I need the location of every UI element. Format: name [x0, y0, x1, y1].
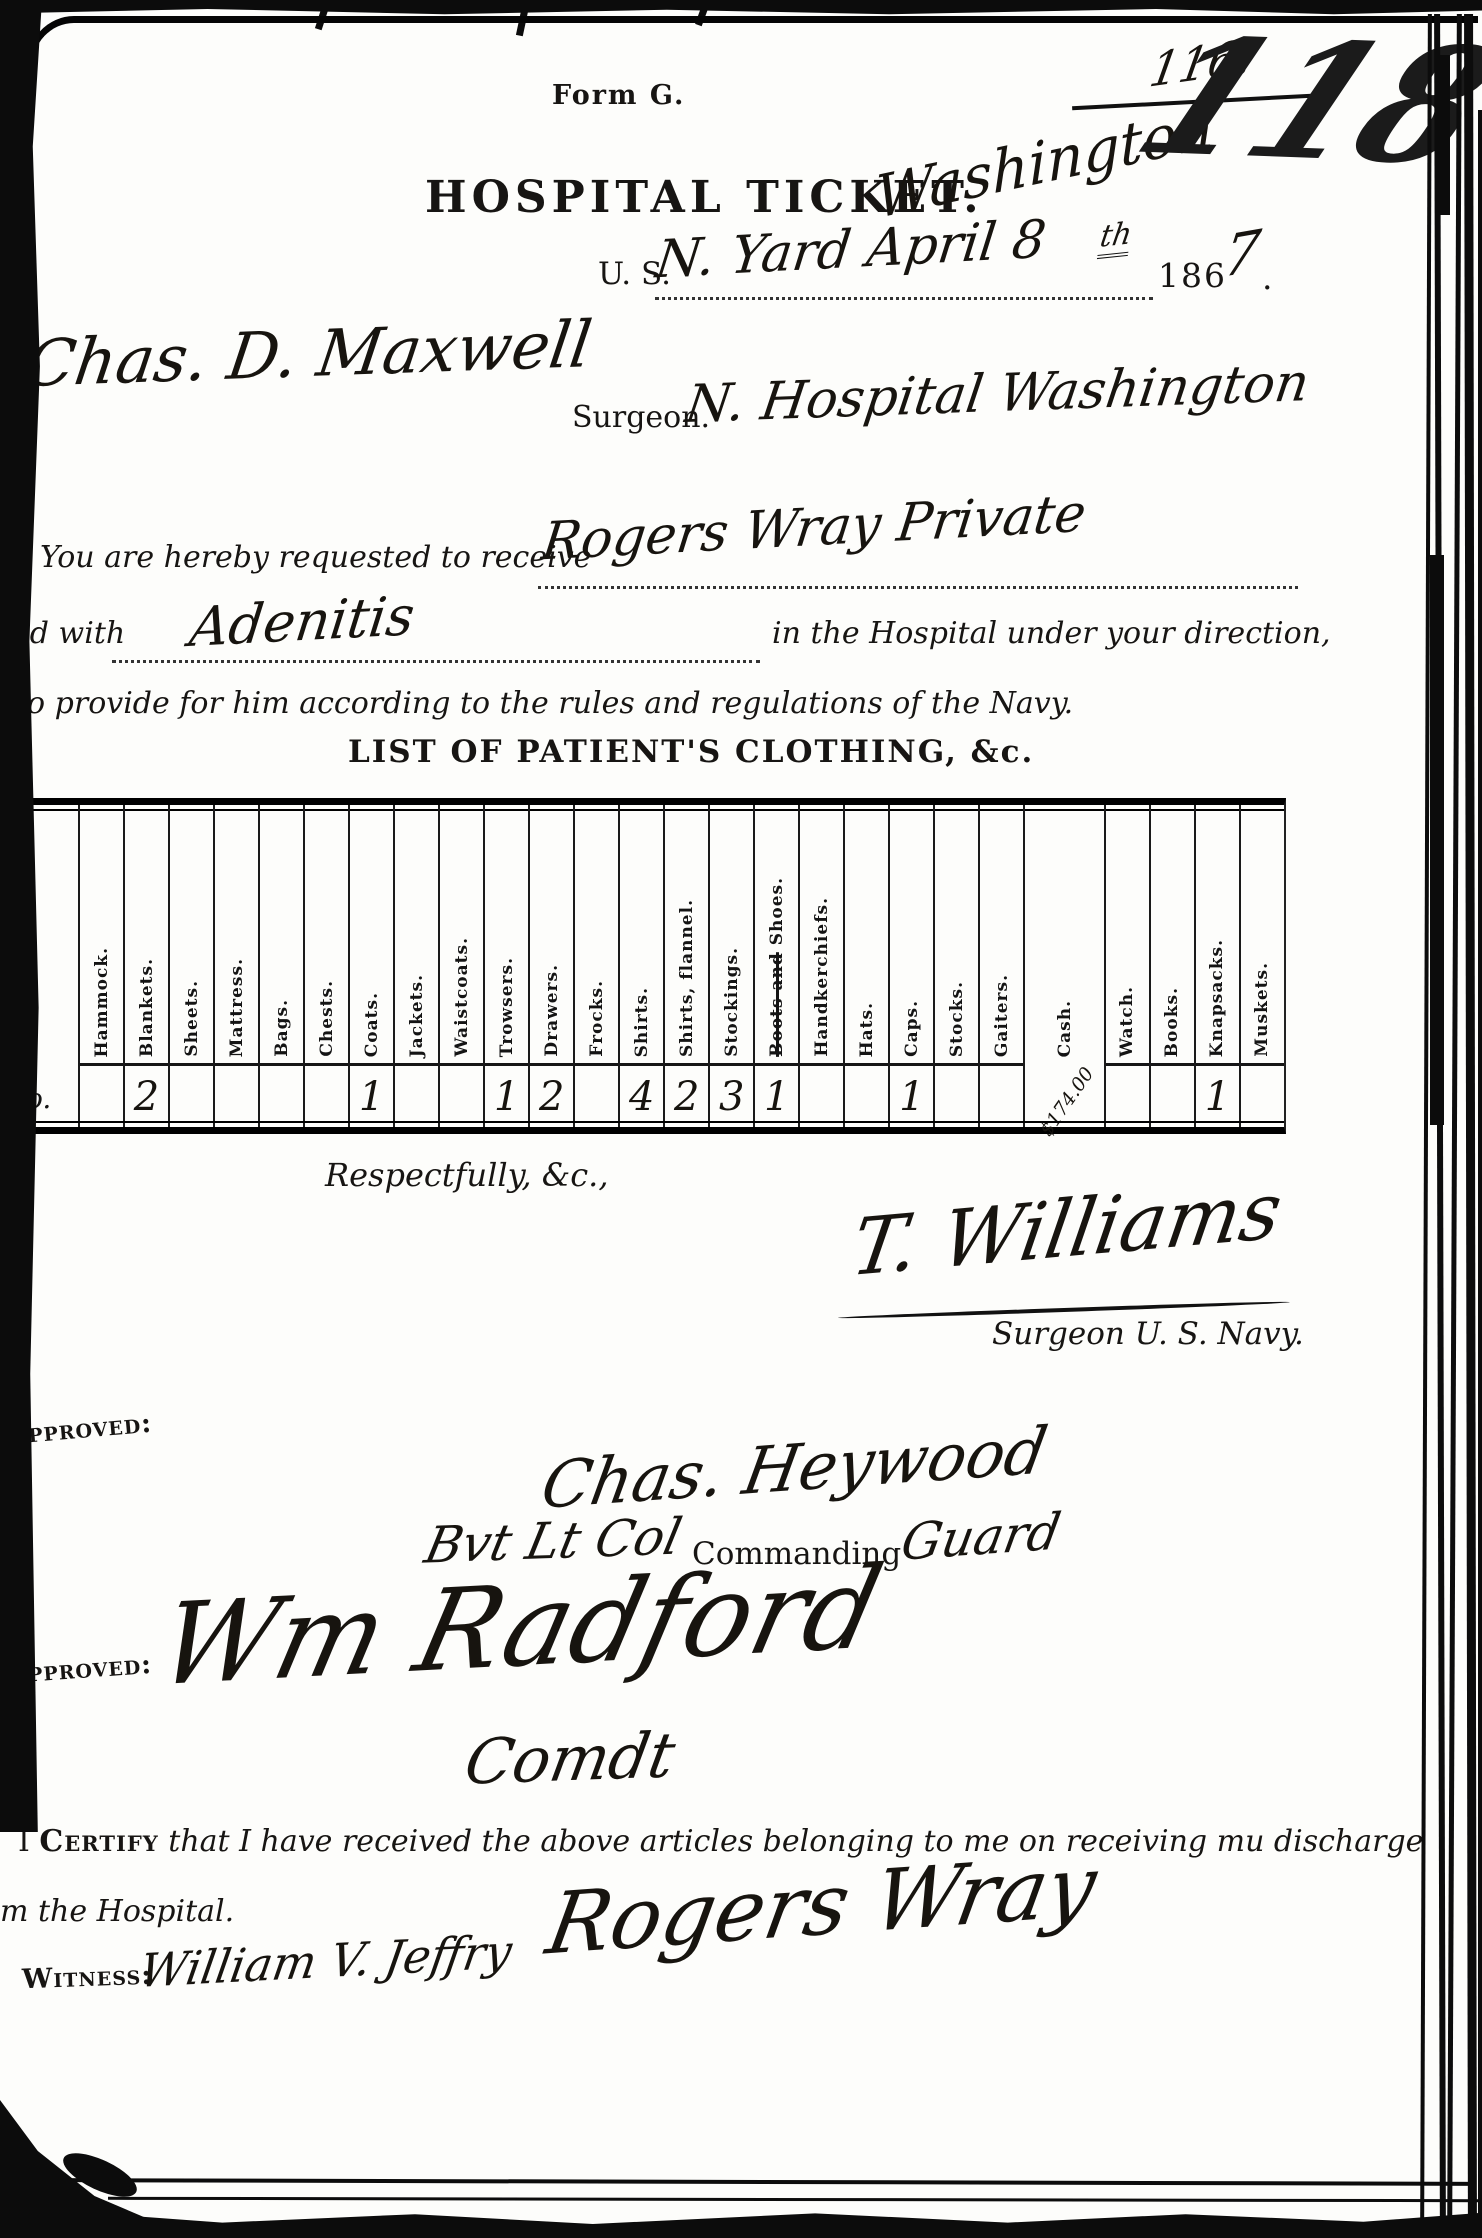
- clothing-column-value: [170, 1063, 213, 1127]
- witness-name-handwritten: William V. Jeffry: [136, 1924, 516, 1998]
- clothing-column-value: 2: [530, 1063, 573, 1127]
- clothing-column-value: [305, 1063, 348, 1127]
- respectfully-line: Respectfully, &c.,: [325, 1156, 609, 1194]
- clothing-column-header: Boots and Shoes.: [755, 805, 798, 1063]
- clothing-column-value: 2: [665, 1063, 708, 1127]
- page-binding-smudge: [1440, 55, 1450, 215]
- clothing-column-value: 3: [710, 1063, 753, 1127]
- certify-rest: that I have received the above articles …: [168, 1824, 1423, 1859]
- clothing-column-header: Mattress.: [215, 805, 258, 1063]
- clothing-row-label: o.: [32, 805, 78, 1127]
- clothing-column-label: Watch.: [1117, 986, 1137, 1057]
- clothing-column-header: Hammock.: [80, 805, 123, 1063]
- clothing-column-label: Sheets.: [182, 980, 202, 1057]
- clothing-column-label: Stocks.: [947, 981, 967, 1057]
- clothing-column: Books.: [1149, 805, 1194, 1127]
- condition-fill-line: [112, 660, 760, 663]
- clothing-column-label: Drawers.: [542, 964, 562, 1057]
- clothing-column-header: Handkerchiefs.: [800, 805, 843, 1063]
- clothing-column-label: Waistcoats.: [452, 937, 472, 1057]
- clothing-column-header: Stockings.: [710, 805, 753, 1063]
- hospital-ticket-scan: Form G. HOSPITAL TICKET. Washington 116.…: [0, 0, 1482, 2238]
- addressee-name-handwritten: Chas. D. Maxwell: [21, 308, 596, 402]
- date-fill-line: [655, 297, 1153, 300]
- clothing-column: Stockings.3: [708, 805, 753, 1127]
- clothing-column-header: Frocks.: [575, 805, 618, 1063]
- clothing-column-header: Watch.: [1106, 805, 1149, 1063]
- condition-handwritten: Adenitis: [186, 584, 418, 659]
- date-superscript: th: [1097, 216, 1135, 259]
- clothing-column-value: [935, 1063, 978, 1127]
- clothing-column-value: [440, 1063, 483, 1127]
- clothing-column-value: [80, 1063, 123, 1127]
- page-binding-line: [1478, 110, 1482, 2238]
- clothing-column-label: Knapsacks.: [1207, 939, 1227, 1057]
- clothing-column: Mattress.: [213, 805, 258, 1127]
- clothing-column-label: Trowsers.: [497, 957, 517, 1057]
- clothing-column-header: Drawers.: [530, 805, 573, 1063]
- clothing-column: Shirts.4: [618, 805, 663, 1127]
- clothing-column-value: [1106, 1063, 1149, 1127]
- clothing-column-label: Boots and Shoes.: [767, 877, 787, 1057]
- clothing-column-header: Gaiters.: [980, 805, 1023, 1063]
- clothing-column-label: Cash.: [1055, 1000, 1075, 1057]
- clothing-column-header: Blankets.: [125, 805, 168, 1063]
- clothing-column: Frocks.: [573, 805, 618, 1127]
- clothing-column: Cash.$174.00: [1023, 805, 1104, 1127]
- clothing-column-header: Bags.: [260, 805, 303, 1063]
- clothing-column: Hammock.: [78, 805, 123, 1127]
- approval-2-title-handwritten: Comdt: [460, 1718, 681, 1799]
- clothing-column: Watch.: [1104, 805, 1149, 1127]
- clothing-column-label: Coats.: [362, 992, 382, 1057]
- clothing-column-header: Books.: [1151, 805, 1194, 1063]
- clothing-column: Caps.1: [888, 805, 933, 1127]
- clothing-column: Hats.: [843, 805, 888, 1127]
- approval-1-unit-handwritten: Guard: [897, 1502, 1065, 1572]
- clothing-column-label: Handkerchiefs.: [812, 897, 832, 1057]
- clothing-column-label: Jackets.: [407, 974, 427, 1057]
- clothing-column-value: [800, 1063, 843, 1127]
- approval-2-signature: Wm Radford: [147, 1542, 893, 1711]
- patient-name-handwritten: Rogers Wray Private: [539, 484, 1090, 573]
- request-line-printed: You are hereby requested to receive: [40, 540, 591, 575]
- clothing-column-value: [980, 1063, 1023, 1127]
- clothing-column-header: Cash.: [1025, 805, 1104, 1063]
- clothing-column-label: Hats.: [857, 1002, 877, 1057]
- clothing-column-value: [215, 1063, 258, 1127]
- clothing-list-title: LIST OF PATIENT'S CLOTHING, &c.: [348, 734, 1034, 770]
- clothing-column: Blankets.2: [123, 805, 168, 1127]
- clothing-column: Stocks.: [933, 805, 978, 1127]
- clothing-column-value: 2: [125, 1063, 168, 1127]
- page-binding-line: [1464, 14, 1477, 2238]
- clothing-column-label: Hammock.: [92, 947, 112, 1057]
- clothing-column-header: Chests.: [305, 805, 348, 1063]
- clothing-column-label: Stockings.: [722, 947, 742, 1057]
- clothing-column-header: Trowsers.: [485, 805, 528, 1063]
- clothing-column: Chests.: [303, 805, 348, 1127]
- clothing-column-header: Muskets.: [1241, 805, 1284, 1063]
- clothing-column-value: [260, 1063, 303, 1127]
- clothing-column-value: 1: [485, 1063, 528, 1127]
- clothing-column: Waistcoats.: [438, 805, 483, 1127]
- clothing-column-label: Frocks.: [587, 980, 607, 1057]
- surgeon-title-printed: Surgeon U. S. Navy.: [992, 1316, 1304, 1352]
- clothing-column-label: Shirts, flannel.: [677, 899, 697, 1057]
- clothing-column-header: Hats.: [845, 805, 888, 1063]
- clothing-column-header: Shirts.: [620, 805, 663, 1063]
- page-binding-line: [1420, 14, 1432, 2238]
- clothing-column-header: Stocks.: [935, 805, 978, 1063]
- clothing-column: Coats.1: [348, 805, 393, 1127]
- clothing-column-label: Bags.: [272, 999, 292, 1057]
- form-number-label: Form G.: [552, 80, 685, 111]
- page-top-border-line: [26, 16, 1478, 76]
- page-binding-smudge: [1430, 555, 1444, 1125]
- clothing-columns: Hammock.Blankets.2Sheets.Mattress.Bags.C…: [78, 805, 1284, 1127]
- clothing-column-value: 1: [1196, 1063, 1239, 1127]
- patient-fill-line: [538, 586, 1298, 589]
- clothing-column: Gaiters.: [978, 805, 1023, 1127]
- clothing-column-header: Knapsacks.: [1196, 805, 1239, 1063]
- clothing-column: Bags.: [258, 805, 303, 1127]
- scan-edge-bottom: [0, 2210, 1482, 2238]
- clothing-column-label: Blankets.: [137, 958, 157, 1057]
- clothing-column-header: Waistcoats.: [440, 805, 483, 1063]
- page-bottom-edge-line: [108, 2197, 1482, 2202]
- page-binding-line: [1434, 14, 1446, 2238]
- struck-label-part: Boots and: [767, 952, 787, 1057]
- clothing-column-header: Caps.: [890, 805, 933, 1063]
- year-period: .: [1262, 258, 1273, 297]
- clothing-column-value: $174.00: [1018, 1051, 1115, 1152]
- scan-edge-left: [0, 0, 42, 1832]
- witness-label: Witness:: [21, 1960, 152, 1996]
- clothing-column: Boots and Shoes.1: [753, 805, 798, 1127]
- clothing-column: Knapsacks.1: [1194, 805, 1239, 1127]
- clothing-column-value: [1151, 1063, 1194, 1127]
- clothing-column: Trowsers.1: [483, 805, 528, 1127]
- clothing-column-value: [845, 1063, 888, 1127]
- clothing-column-label: Shirts.: [632, 987, 652, 1057]
- page-binding-line: [1447, 14, 1462, 2238]
- year-printed: 186: [1158, 256, 1227, 295]
- clothing-column-value: [1241, 1063, 1284, 1127]
- clothing-column-label: Mattress.: [227, 958, 247, 1057]
- provide-line-printed: to provide for him according to the rule…: [15, 686, 1073, 721]
- clothing-column-value: 1: [350, 1063, 393, 1127]
- clothing-column: Sheets.: [168, 805, 213, 1127]
- clothing-column-label: Caps.: [902, 1000, 922, 1057]
- clothing-column-value: 1: [755, 1063, 798, 1127]
- certify-line: I Certify that I have received the above…: [18, 1824, 1423, 1859]
- certify-continuation-fragment: m the Hospital.: [0, 1894, 234, 1929]
- clothing-column: Handkerchiefs.: [798, 805, 843, 1127]
- clothing-column-value: 4: [620, 1063, 663, 1127]
- clothing-column: Drawers.2: [528, 805, 573, 1127]
- page-bottom-edge-line: [66, 2178, 1476, 2186]
- clothing-column: Shirts, flannel.2: [663, 805, 708, 1127]
- certify-word: Certify: [39, 1824, 158, 1859]
- clothing-table: o. Hammock.Blankets.2Sheets.Mattress.Bag…: [30, 798, 1286, 1134]
- clothing-column-label: Gaiters.: [992, 974, 1012, 1057]
- clothing-column-label: Muskets.: [1252, 962, 1272, 1057]
- clothing-column: Muskets.: [1239, 805, 1284, 1127]
- clothing-column-header: Sheets.: [170, 805, 213, 1063]
- clothing-column-value: 1: [890, 1063, 933, 1127]
- addressee-station-handwritten: N. Hospital Washington: [682, 353, 1313, 435]
- clothing-column-header: Jackets.: [395, 805, 438, 1063]
- clothing-column-value: [575, 1063, 618, 1127]
- clothing-column-label: Chests.: [317, 980, 337, 1057]
- clothing-column-header: Shirts, flannel.: [665, 805, 708, 1063]
- clothing-column: Jackets.: [393, 805, 438, 1127]
- condition-tail-printed: in the Hospital under your direction,: [772, 616, 1331, 651]
- clothing-column-header: Coats.: [350, 805, 393, 1063]
- clothing-column-label: Books.: [1162, 987, 1182, 1057]
- surgeon-signature: T. Williams: [846, 1165, 1288, 1294]
- clothing-column-value: [395, 1063, 438, 1127]
- year-digit-handwritten: 7: [1220, 218, 1265, 292]
